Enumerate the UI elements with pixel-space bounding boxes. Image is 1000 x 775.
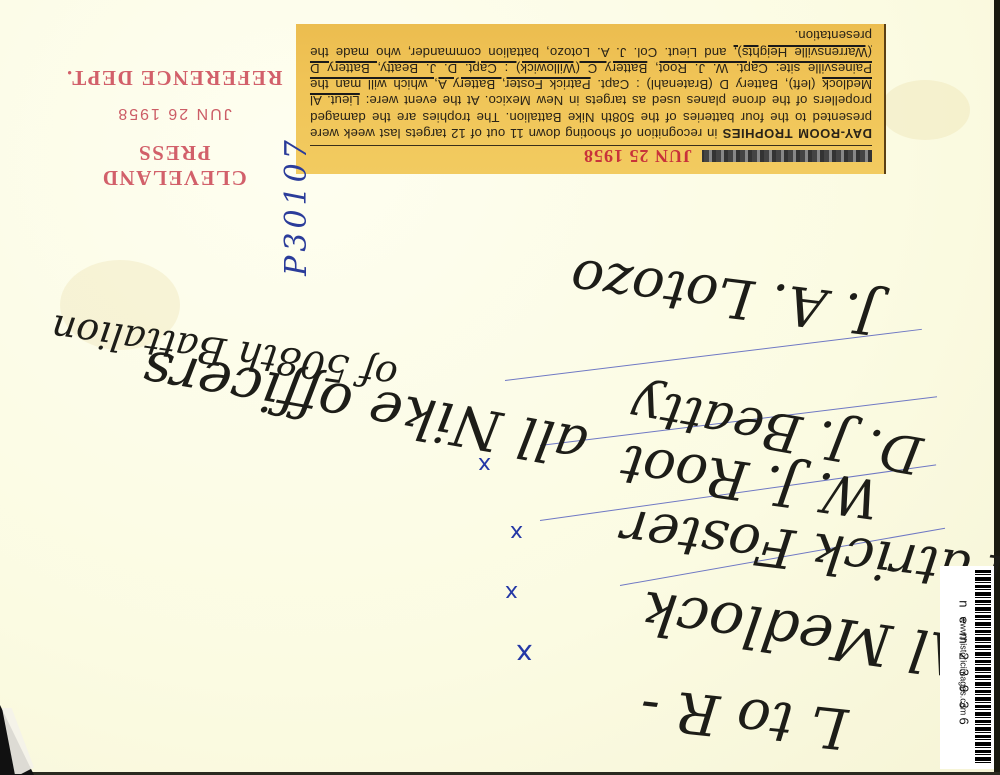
newspaper-clipping: JUN 25 1958 DAY-ROOM TROPHIES in recogni…	[296, 24, 886, 174]
x-mark: x	[516, 638, 533, 671]
barcode-labels: nem23936 www.historicimages.com	[943, 570, 961, 765]
stamp-date: JUN 26 1958	[64, 104, 284, 122]
scan-edge-right	[994, 0, 1000, 775]
x-mark: x	[505, 580, 518, 605]
file-number-note: P30107	[279, 136, 311, 276]
barcode-bars	[975, 570, 991, 765]
stain	[880, 80, 970, 140]
clipping-photo-edge	[702, 150, 872, 162]
barcode-url: www.historicimages.com	[957, 569, 969, 764]
clipping-text: (left), Battery D (Bratenahl) : Capt.	[597, 77, 815, 92]
clipping-date: JUN 25 1958	[583, 146, 692, 167]
reference-stamp: CLEVELAND PRESS JUN 26 1958 REFERENCE DE…	[64, 80, 284, 190]
stamp-publisher: CLEVELAND PRESS	[64, 140, 284, 190]
stamp-department: REFERENCE DEPT.	[64, 65, 284, 90]
x-mark: x	[478, 452, 491, 477]
barcode-sticker: nem23936 www.historicimages.com	[940, 566, 994, 769]
clipping-date-row: JUN 25 1958	[310, 145, 872, 166]
x-mark: x	[510, 520, 523, 545]
clipping-caption: DAY-ROOM TROPHIES in recognition of shoo…	[310, 27, 872, 145]
clipping-headline: DAY-ROOM TROPHIES	[722, 126, 872, 141]
